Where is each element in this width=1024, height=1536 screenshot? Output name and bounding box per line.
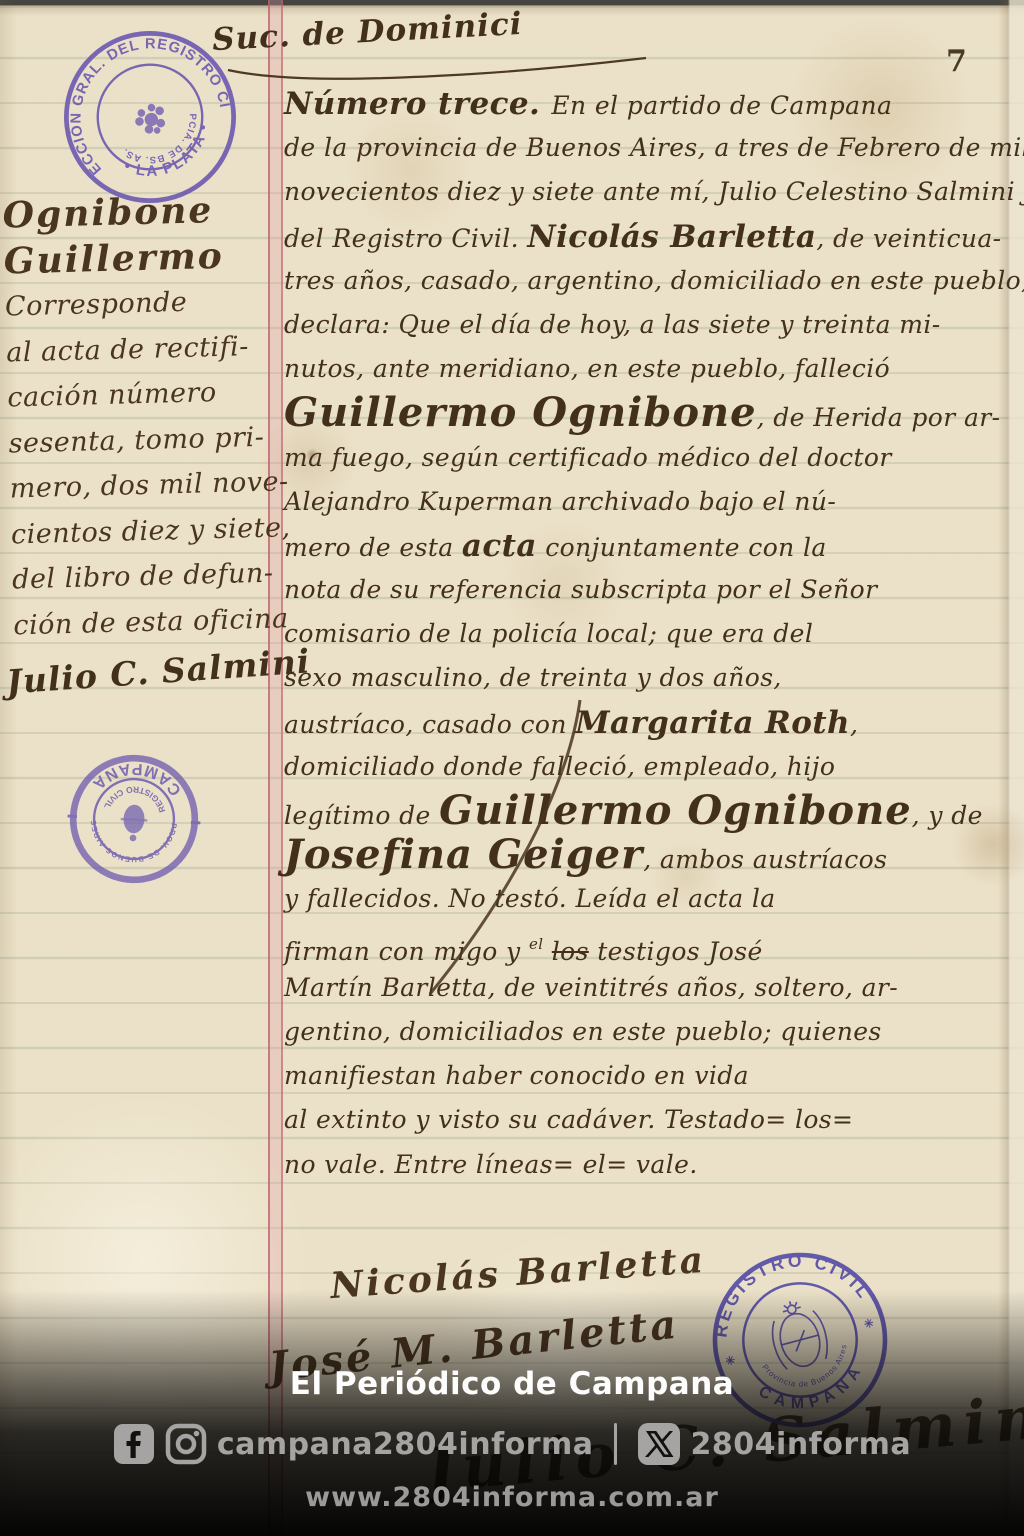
watermark-social-row: campana2804informa 2804informa — [0, 1422, 1024, 1466]
margin-note-line: Guillermo — [3, 232, 272, 284]
manuscript-line: domiciliado donde falleció, empleado, hi… — [284, 745, 1016, 789]
margin-note-line: mero, dos mil nove- — [9, 459, 278, 511]
margin-note-line: cientos diez y siete, — [10, 505, 279, 557]
manuscript-line: firman con migo y el los testigos José — [284, 922, 1016, 966]
facebook-instagram-handle: campana2804informa — [217, 1427, 594, 1462]
stamp-side-dash — [191, 821, 201, 824]
manuscript-line: ma fuego, según certificado médico del d… — [284, 436, 1016, 480]
death-record-text: Número trece. En el partido de Campanade… — [284, 82, 1016, 1187]
separator-bar — [614, 1423, 617, 1465]
x-twitter-icon — [637, 1422, 681, 1466]
manuscript-line: nota de su referencia subscripta por el … — [284, 568, 1016, 612]
pen-flourish-stroke — [418, 698, 588, 998]
margin-note-line: cación número — [7, 369, 276, 421]
header-flourish — [222, 52, 652, 82]
manuscript-line: gentino, domiciliados en este pueblo; qu… — [284, 1010, 1016, 1054]
margin-notes: OgniboneGuillermoCorrespondeal acta de r… — [2, 187, 282, 649]
page-number: 7 — [946, 44, 968, 79]
margin-note-line: Corresponde — [4, 278, 273, 330]
facebook-icon — [113, 1423, 155, 1465]
manuscript-line: al extinto y visto su cadáver. Testado= … — [284, 1098, 1016, 1142]
manuscript-line: de la provincia de Buenos Aires, a tres … — [284, 126, 1016, 170]
margin-note-line: del libro de defun- — [12, 550, 281, 602]
watermark-overlay: El Periódico de Campana campana2804infor… — [0, 1290, 1024, 1536]
scanned-civil-registry-page: DIRECCIÓN GRAL. DEL REGISTRO CIVIL • LA … — [0, 0, 1024, 1536]
instagram-icon — [165, 1423, 207, 1465]
margin-note-line: al acta de rectifi- — [6, 323, 275, 375]
manuscript-line: Alejandro Kuperman archivado bajo el nú- — [284, 480, 1016, 524]
watermark-website: www.2804informa.com.ar — [0, 1482, 1024, 1513]
manuscript-line: del Registro Civil. Nicolás Barletta, de… — [284, 215, 1016, 259]
margin-note-line: sesenta, tomo pri- — [8, 414, 277, 466]
margin-note-line: Ognibone — [2, 187, 271, 239]
manuscript-line: Número trece. En el partido de Campana — [284, 82, 1016, 126]
manuscript-line: novecientos diez y siete ante mí, Julio … — [284, 170, 1016, 214]
stamp-coat-of-arms — [120, 804, 148, 842]
stamp-center-ornament — [131, 100, 173, 141]
manuscript-line: Martín Barletta, de veintitrés años, sol… — [284, 966, 1016, 1010]
manuscript-line: nutos, ante meridiano, en este pueblo, f… — [284, 347, 1016, 391]
manuscript-line: declara: Que el día de hoy, a las siete … — [284, 303, 1016, 347]
manuscript-line: tres años, casado, argentino, domiciliad… — [284, 259, 1016, 303]
manuscript-line: no vale. Entre líneas= el= vale. — [284, 1143, 1016, 1187]
manuscript-line: mero de esta acta conjuntamente con la — [284, 524, 1016, 568]
manuscript-line: manifiestan haber conocido en vida — [284, 1054, 1016, 1098]
stamp-side-dash — [67, 815, 77, 818]
campana-archivo-civil-stamp: CAMPANA PROV. DE BUENOS AIRES REGISTRO C… — [54, 739, 214, 899]
watermark-title: El Periódico de Campana — [0, 1366, 1024, 1402]
manuscript-line: Josefina Geiger, ambos austríacos — [284, 833, 1016, 877]
x-handle: 2804informa — [691, 1427, 912, 1462]
manuscript-line: austríaco, casado con Margarita Roth, — [284, 701, 1016, 745]
manuscript-line: y fallecidos. No testó. Leída el acta la — [284, 877, 1016, 921]
manuscript-line: legítimo de Guillermo Ognibone, y de — [284, 789, 1016, 833]
margin-note-line: ción de esta oficina — [13, 596, 282, 648]
manuscript-line: sexo masculino, de treinta y dos años, — [284, 656, 1016, 700]
manuscript-line: Guillermo Ognibone, de Herida por ar- — [284, 391, 1016, 435]
manuscript-line: comisario de la policía local; que era d… — [284, 612, 1016, 656]
